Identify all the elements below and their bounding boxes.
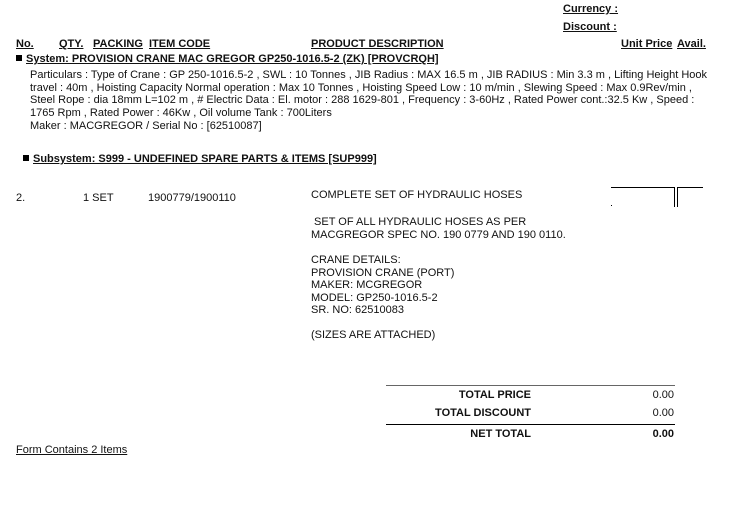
field-divider bbox=[677, 187, 678, 207]
square-bullet-icon bbox=[16, 55, 22, 61]
system-maker: Maker : MACGREGOR / Serial No : [6251008… bbox=[30, 120, 262, 132]
subsystem-title: Subsystem: S999 - UNDEFINED SPARE PARTS … bbox=[33, 153, 377, 165]
system-heading: System: PROVISION CRANE MAC GREGOR GP250… bbox=[16, 53, 439, 65]
column-header-product-description: PRODUCT DESCRIPTION bbox=[311, 38, 444, 50]
unit-price-field-corner bbox=[611, 205, 612, 206]
item-no: 2. bbox=[16, 192, 25, 204]
unit-price-field-border bbox=[611, 187, 675, 188]
column-header-item-code: ITEM CODE bbox=[149, 38, 210, 50]
item-note: (SIZES ARE ATTACHED) bbox=[311, 329, 435, 342]
total-discount-label: TOTAL DISCOUNT bbox=[331, 407, 531, 419]
item-description-title: COMPLETE SET OF HYDRAULIC HOSES bbox=[311, 189, 522, 202]
column-header-packing: PACKING bbox=[93, 38, 143, 50]
square-bullet-icon bbox=[23, 155, 29, 161]
form-item-count: Form Contains 2 Items bbox=[16, 444, 127, 456]
column-header-avail: Avail. bbox=[677, 38, 706, 50]
total-price-value: 0.00 bbox=[594, 389, 674, 401]
column-header-unit-price: Unit Price bbox=[621, 38, 672, 50]
currency-label: Currency : bbox=[563, 3, 618, 15]
discount-label: Discount : bbox=[563, 21, 617, 33]
item-description-body: SET OF ALL HYDRAULIC HOSES AS PER MACGRE… bbox=[311, 216, 566, 241]
subsystem-heading: Subsystem: S999 - UNDEFINED SPARE PARTS … bbox=[23, 153, 377, 165]
total-price-label: TOTAL PRICE bbox=[331, 389, 531, 401]
net-total-label: NET TOTAL bbox=[331, 428, 531, 440]
net-total-value: 0.00 bbox=[594, 428, 674, 440]
system-title: System: PROVISION CRANE MAC GREGOR GP250… bbox=[26, 53, 439, 65]
item-code: 1900779/1900110 bbox=[148, 192, 236, 204]
field-divider bbox=[674, 187, 675, 207]
item-qty: 1 SET bbox=[83, 192, 114, 204]
system-particulars: Particulars : Type of Crane : GP 250-101… bbox=[30, 69, 710, 119]
totals-top-rule bbox=[386, 385, 675, 386]
column-header-qty: QTY. bbox=[59, 38, 83, 50]
avail-field-border bbox=[677, 187, 703, 188]
total-discount-value: 0.00 bbox=[594, 407, 674, 419]
net-total-rule bbox=[386, 424, 675, 425]
item-crane-details: CRANE DETAILS: PROVISION CRANE (PORT) MA… bbox=[311, 254, 454, 317]
column-header-no: No. bbox=[16, 38, 34, 50]
